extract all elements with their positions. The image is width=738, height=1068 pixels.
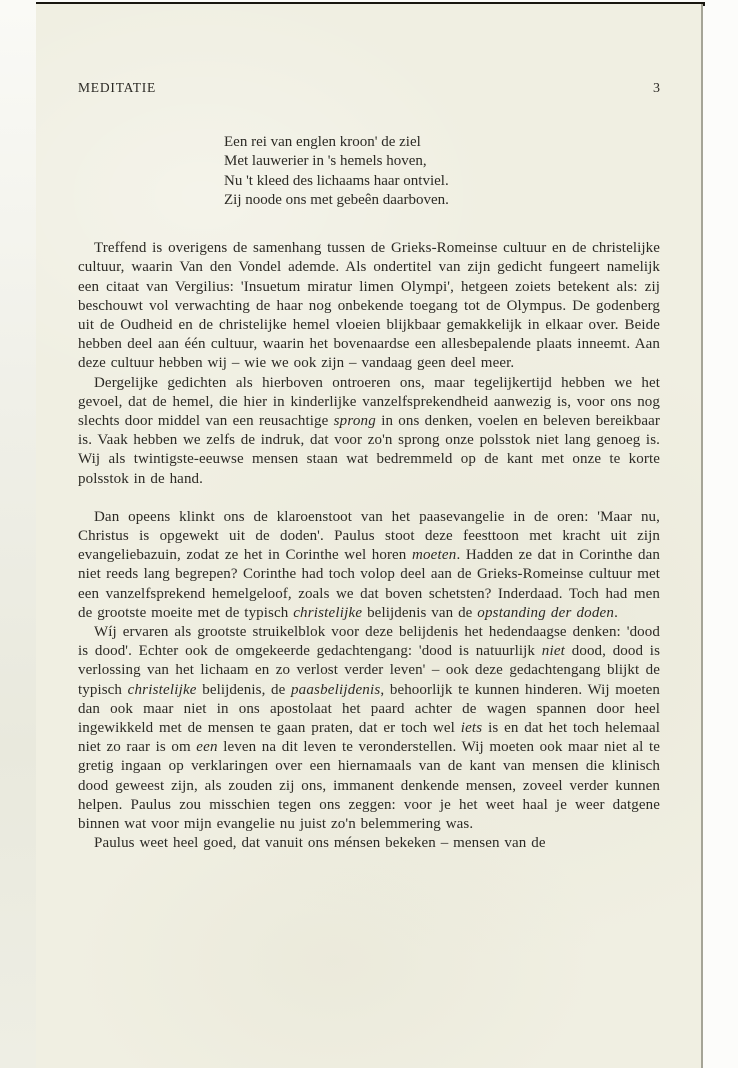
italic-text-run: niet (542, 643, 565, 659)
poem-line: Zij noode ons met gebeên daarboven. (224, 191, 660, 210)
italic-text-run: sprong (334, 413, 376, 429)
poem-line: Nu 't kleed des lichaams haar ontviel. (224, 172, 660, 191)
body-text: Treffend is overigens de samenhang tusse… (78, 239, 660, 853)
italic-text-run: opstanding der doden (477, 605, 614, 621)
page-content: MEDITATIE 3 Een rei van englen kroon' de… (78, 4, 660, 853)
paragraph: Wíj ervaren als grootste struikelblok vo… (78, 623, 660, 834)
italic-text-run: moeten (412, 547, 457, 563)
page-number: 3 (653, 81, 660, 97)
poem: Een rei van englen kroon' de zielMet lau… (224, 133, 660, 210)
paragraph: Treffend is overigens de samenhang tusse… (78, 239, 660, 373)
text-run: belijdenis, de (197, 682, 291, 698)
paragraph: Dan opeens klinkt ons de klaroenstoot va… (78, 508, 660, 623)
scanned-book-page: MEDITATIE 3 Een rei van englen kroon' de… (0, 0, 738, 1068)
text-run: Paulus weet heel goed, dat vanuit ons mé… (94, 835, 546, 851)
italic-text-run: iets (461, 720, 483, 736)
running-head-title: MEDITATIE (78, 80, 156, 96)
page-gutter-shadow (0, 0, 36, 1068)
text-run: . (614, 605, 618, 621)
paragraph: Dergelijke gedichten als hierboven ontro… (78, 374, 660, 489)
italic-text-run: christelijke (293, 605, 362, 621)
poem-line: Een rei van englen kroon' de ziel (224, 133, 660, 152)
text-run: Treffend is overigens de samenhang tusse… (78, 240, 660, 371)
italic-text-run: christelijke (128, 682, 197, 698)
book-page: MEDITATIE 3 Een rei van englen kroon' de… (36, 4, 703, 1068)
text-run: belijdenis van de (362, 605, 477, 621)
italic-text-run: een (196, 739, 217, 755)
paragraph: Paulus weet heel goed, dat vanuit ons mé… (78, 834, 660, 853)
italic-text-run: paasbelijdenis (291, 682, 380, 698)
poem-line: Met lauwerier in 's hemels hoven, (224, 152, 660, 171)
page-header: MEDITATIE 3 (78, 80, 660, 97)
